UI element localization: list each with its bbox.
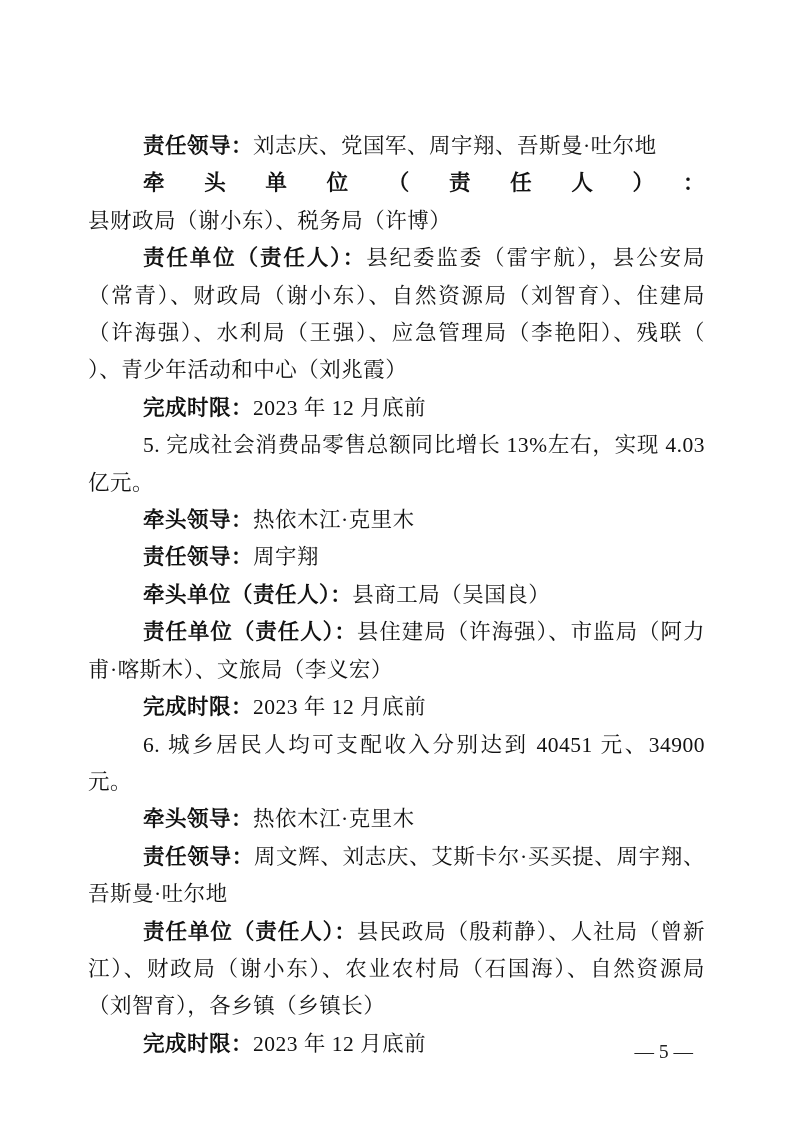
field-value: 热依木江·克里木 [253,508,415,532]
field-value: 县商工局（吴国良） [352,583,550,607]
field-label: 牵头领导： [143,807,253,831]
field-label: 责任单位（责任人）： [143,620,357,644]
para-deadline: 完成时限：2023 年 12 月底前 [88,1026,705,1063]
para-responsible-leader: 责任领导：刘志庆、党国军、周宇翔、吾斯曼·吐尔地 [88,128,705,165]
field-value: 6. 城乡居民人均可支配收入分别达到 40451 元、34900 元。 [88,733,705,794]
page-number: — 5 — [635,1039,694,1067]
field-value: 周宇翔 [253,545,319,569]
field-label: 责任单位（责任人）： [143,246,366,270]
field-label: 牵头单位（责任人）： [143,171,705,195]
document-page: 责任领导：刘志庆、党国军、周宇翔、吾斯曼·吐尔地 牵头单位（责任人）：县财政局（… [0,0,793,1122]
field-label: 完成时限： [143,1032,253,1056]
para-lead-leader: 牵头领导：热依木江·克里木 [88,502,705,539]
field-value: 热依木江·克里木 [253,807,415,831]
field-label: 责任领导： [143,845,254,869]
para-task-item-5: 5. 完成社会消费品零售总额同比增长 13%左右，实现 4.03 亿元。 [88,427,705,502]
para-responsible-leader: 责任领导：周文辉、刘志庆、艾斯卡尔·买买提、周宇翔、吾斯曼·吐尔地 [88,839,705,914]
para-responsible-leader: 责任领导：周宇翔 [88,539,705,576]
field-label: 责任领导： [143,545,253,569]
para-responsible-units: 责任单位（责任人）：县民政局（殷莉静）、人社局（曾新江）、财政局（谢小东）、农业… [88,914,705,1026]
para-deadline: 完成时限：2023 年 12 月底前 [88,390,705,427]
para-lead-unit: 牵头单位（责任人）：县商工局（吴国良） [88,577,705,614]
para-responsible-units: 责任单位（责任人）：县纪委监委（雷宇航），县公安局（常青）、财政局（谢小东）、自… [88,240,705,390]
para-task-item-6: 6. 城乡居民人均可支配收入分别达到 40451 元、34900 元。 [88,727,705,802]
para-deadline: 完成时限：2023 年 12 月底前 [88,689,705,726]
field-value: 县财政局（谢小东）、税务局（许博） [88,209,451,233]
para-lead-leader: 牵头领导：热依木江·克里木 [88,801,705,838]
field-label: 牵头单位（责任人）： [143,583,352,607]
field-value: 2023 年 12 月底前 [253,396,426,420]
field-value: 2023 年 12 月底前 [253,695,426,719]
field-value: 刘志庆、党国军、周宇翔、吾斯曼·吐尔地 [253,134,657,158]
para-lead-unit: 牵头单位（责任人）：县财政局（谢小东）、税务局（许博） [88,165,705,240]
field-label: 牵头领导： [143,508,253,532]
field-label: 完成时限： [143,396,253,420]
field-value: 2023 年 12 月底前 [253,1032,426,1056]
para-responsible-units: 责任单位（责任人）：县住建局（许海强）、市监局（阿力甫·喀斯木）、文旅局（李义宏… [88,614,705,689]
field-label: 完成时限： [143,695,253,719]
field-value: 5. 完成社会消费品零售总额同比增长 13%左右，实现 4.03 亿元。 [88,433,705,494]
field-label: 责任单位（责任人）： [143,920,357,944]
field-label: 责任领导： [143,134,253,158]
document-body: 责任领导：刘志庆、党国军、周宇翔、吾斯曼·吐尔地 牵头单位（责任人）：县财政局（… [88,128,705,1063]
